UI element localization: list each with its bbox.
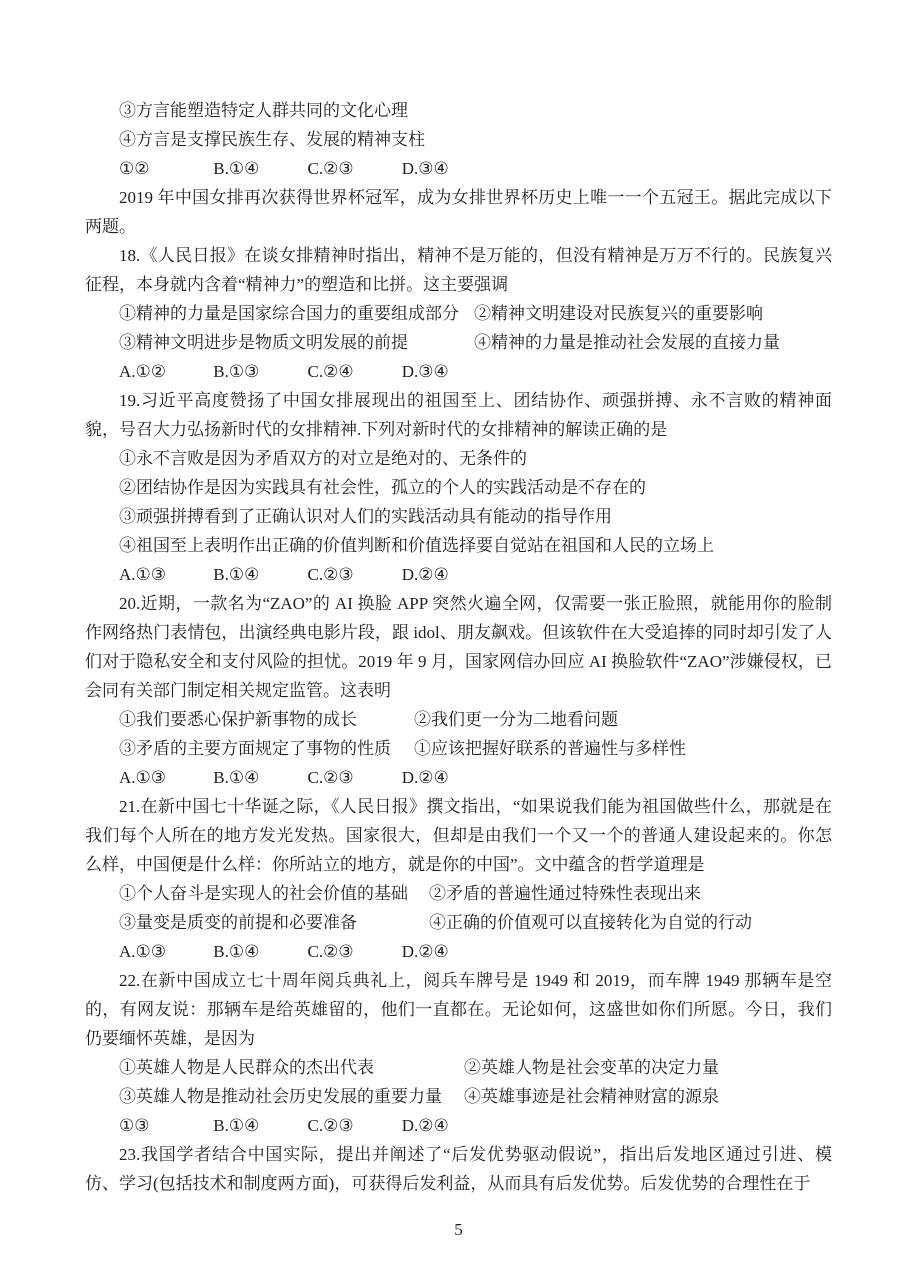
q18-option-4: ④精神的力量是推动社会发展的直接力量 <box>474 328 780 357</box>
q21-option-row-1: ①个人奋斗是实现人的社会价值的基础 ②矛盾的普遍性通过特殊性表现出来 <box>85 879 832 908</box>
question-23-stem: 23.我国学者结合中国实际，提出并阐述了“后发优势驱动假说”，指出后发地区通过引… <box>85 1140 832 1198</box>
q20-option-row-2: ③矛盾的主要方面规定了事物的性质 ①应该把握好联系的普遍性与多样性 <box>85 734 832 763</box>
q19-answer-c: C.②③ <box>308 560 398 589</box>
q18-answer-b: B.①③ <box>213 357 303 386</box>
q19-answer-b: B.①④ <box>213 560 303 589</box>
q22-option-row-1: ①英雄人物是人民群众的杰出代表 ②英雄人物是社会变革的决定力量 <box>85 1053 832 1082</box>
q21-option-3: ③量变是质变的前提和必要准备 <box>119 908 429 937</box>
q17-answer-a: ①② <box>119 154 209 183</box>
q20-answer-a: A.①③ <box>119 763 209 792</box>
q18-option-3: ③精神文明进步是物质文明发展的前提 <box>119 328 474 357</box>
q20-answer-d: D.②④ <box>402 763 449 792</box>
q18-answer-row: A.①② B.①③ C.②④ D.③④ <box>85 357 832 386</box>
q18-option-1: ①精神的力量是国家综合国力的重要组成部分 <box>119 299 474 328</box>
q20-answer-c: C.②③ <box>308 763 398 792</box>
q19-answer-a: A.①③ <box>119 560 209 589</box>
q19-answer-d: D.②④ <box>402 560 449 589</box>
question-19-stem: 19.习近平高度赞扬了中国女排展现出的祖国至上、团结协作、顽强拼搏、永不言败的精… <box>85 386 832 444</box>
q20-option-2: ②我们更一分为二地看问题 <box>414 705 618 734</box>
q18-option-row-1: ①精神的力量是国家综合国力的重要组成部分 ②精神文明建设对民族复兴的重要影响 <box>85 299 832 328</box>
lead-in-text: 2019 年中国女排再次获得世界杯冠军，成为女排世界杯历史上唯一一个五冠王。据此… <box>85 183 832 241</box>
q20-option-1: ①我们要悉心保护新事物的成长 <box>119 705 414 734</box>
q19-option-3: ③顽强拼搏看到了正确认识对人们的实践活动具有能动的指导作用 <box>85 502 832 531</box>
q18-option-row-2: ③精神文明进步是物质文明发展的前提 ④精神的力量是推动社会发展的直接力量 <box>85 328 832 357</box>
q21-answer-c: C.②③ <box>308 937 398 966</box>
q22-option-2: ②英雄人物是社会变革的决定力量 <box>464 1053 719 1082</box>
q21-answer-d: D.②④ <box>402 937 449 966</box>
q17-answer-c: C.②③ <box>308 154 398 183</box>
q22-option-3: ③英雄人物是推动社会历史发展的重要力量 <box>119 1082 464 1111</box>
q20-option-row-1: ①我们要悉心保护新事物的成长 ②我们更一分为二地看问题 <box>85 705 832 734</box>
q22-answer-c: C.②③ <box>308 1111 398 1140</box>
q19-answer-row: A.①③ B.①④ C.②③ D.②④ <box>85 560 832 589</box>
page-number: 5 <box>85 1215 832 1244</box>
q17-answer-b: B.①④ <box>213 154 303 183</box>
q18-option-2: ②精神文明建设对民族复兴的重要影响 <box>474 299 763 328</box>
question-18-stem: 18.《人民日报》在谈女排精神时指出，精神不是万能的，但没有精神是万万不行的。民… <box>85 241 832 299</box>
question-20-stem: 20.近期，一款名为“ZAO”的 AI 换脸 APP 突然火遍全网，仅需要一张正… <box>85 589 832 705</box>
q22-answer-b: B.①④ <box>213 1111 303 1140</box>
question-22-stem: 22.在新中国成立七十周年阅兵典礼上，阅兵车牌号是 1949 和 2019，而车… <box>85 966 832 1053</box>
q20-option-4: ①应该把握好联系的普遍性与多样性 <box>414 734 686 763</box>
q19-option-2: ②团结协作是因为实践具有社会性，孤立的个人的实践活动是不存在的 <box>85 473 832 502</box>
q18-answer-c: C.②④ <box>308 357 398 386</box>
q19-option-1: ①永不言败是因为矛盾双方的对立是绝对的、无条件的 <box>85 444 832 473</box>
q21-answer-b: B.①④ <box>213 937 303 966</box>
exam-page: ③方言能塑造特定人群共同的文化心理 ④方言是支撑民族生存、发展的精神支柱 ①② … <box>0 0 900 1272</box>
q21-option-1: ①个人奋斗是实现人的社会价值的基础 <box>119 879 429 908</box>
q21-option-4: ④正确的价值观可以直接转化为自觉的行动 <box>429 908 752 937</box>
q20-answer-b: B.①④ <box>213 763 303 792</box>
q21-option-row-2: ③量变是质变的前提和必要准备 ④正确的价值观可以直接转化为自觉的行动 <box>85 908 832 937</box>
q21-answer-a: A.①③ <box>119 937 209 966</box>
q20-answer-row: A.①③ B.①④ C.②③ D.②④ <box>85 763 832 792</box>
q18-answer-a: A.①② <box>119 357 209 386</box>
q21-option-2: ②矛盾的普遍性通过特殊性表现出来 <box>429 879 701 908</box>
q22-option-4: ④英雄事迹是社会精神财富的源泉 <box>464 1082 719 1111</box>
q22-answer-row: ①③ B.①④ C.②③ D.②④ <box>85 1111 832 1140</box>
q22-answer-a: ①③ <box>119 1111 209 1140</box>
q21-answer-row: A.①③ B.①④ C.②③ D.②④ <box>85 937 832 966</box>
q17-option-3: ③方言能塑造特定人群共同的文化心理 <box>85 96 832 125</box>
q22-option-row-2: ③英雄人物是推动社会历史发展的重要力量 ④英雄事迹是社会精神财富的源泉 <box>85 1082 832 1111</box>
q17-answer-row: ①② B.①④ C.②③ D.③④ <box>85 154 832 183</box>
q17-answer-d: D.③④ <box>402 154 449 183</box>
q20-option-3: ③矛盾的主要方面规定了事物的性质 <box>119 734 414 763</box>
q17-option-4: ④方言是支撑民族生存、发展的精神支柱 <box>85 125 832 154</box>
question-21-stem: 21.在新中国七十华诞之际，《人民日报》撰文指出，“如果说我们能为祖国做些什么，… <box>85 792 832 879</box>
q18-answer-d: D.③④ <box>402 357 449 386</box>
q22-option-1: ①英雄人物是人民群众的杰出代表 <box>119 1053 464 1082</box>
q22-answer-d: D.②④ <box>402 1111 449 1140</box>
q19-option-4: ④祖国至上表明作出正确的价值判断和价值选择要自觉站在祖国和人民的立场上 <box>85 531 832 560</box>
